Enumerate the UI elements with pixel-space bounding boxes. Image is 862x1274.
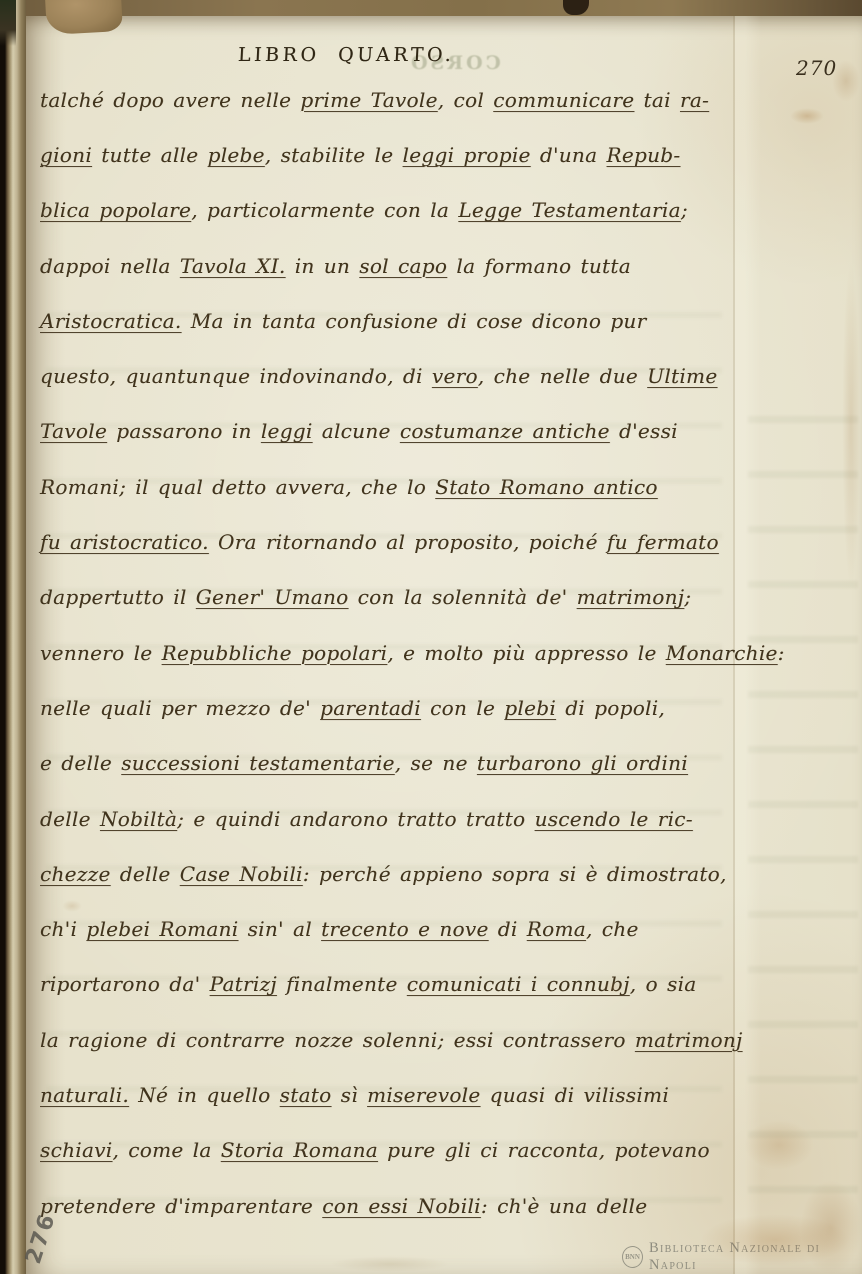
underlined-phrase: schiavi (40, 1138, 112, 1162)
underlined-phrase: leggi (261, 419, 313, 443)
underlined-phrase: miserevole (367, 1083, 480, 1107)
manuscript-line: chezze delle Case Nobili: perché appieno… (40, 846, 740, 901)
text-segment: riportarono da' (40, 972, 210, 996)
text-segment: di popoli, (556, 696, 665, 720)
text-segment: la ragione di contrarre nozze solenni; e… (40, 1028, 635, 1052)
manuscript-line: Tavole passarono in leggi alcune costuma… (40, 404, 740, 459)
underlined-phrase: uscendo le ric- (535, 807, 693, 831)
text-segment: dappoi nella (40, 254, 180, 278)
manuscript-line: gioni tutte alle plebe, stabilite le leg… (40, 127, 740, 182)
underlined-phrase: Roma (527, 917, 586, 941)
foxing-stain (790, 108, 824, 124)
text-segment: tutte alle (92, 143, 208, 167)
text-segment: passarono in (107, 419, 261, 443)
book-top-edge (0, 0, 862, 16)
text-segment: delle (111, 862, 180, 886)
underlined-phrase: communicare (493, 88, 634, 112)
manuscript-line: vennero le Repubbliche popolari, e molto… (40, 625, 740, 680)
underlined-phrase: blica popolare (40, 198, 191, 222)
underlined-phrase: Storia Romana (221, 1138, 378, 1162)
underlined-phrase: stato (280, 1083, 332, 1107)
text-segment: vennero le (40, 641, 162, 665)
underlined-phrase: Nobiltà (100, 807, 177, 831)
text-segment: Né in quello (129, 1083, 280, 1107)
underlined-phrase: Patrizj (210, 972, 277, 996)
underlined-phrase: Monarchie (666, 641, 778, 665)
text-segment: nelle quali per mezzo de' (40, 696, 320, 720)
underlined-phrase: comunicati i connubj (407, 972, 630, 996)
text-segment: sì (331, 1083, 367, 1107)
text-segment: ch'i (40, 917, 86, 941)
underlined-phrase: Stato Romano antico (435, 475, 658, 499)
binding-corner-shadow (0, 0, 16, 46)
text-segment: , che nelle due (478, 364, 647, 388)
manuscript-line: Aristocratica. Ma in tanta confusione di… (40, 293, 740, 348)
text-segment: delle (40, 807, 100, 831)
text-segment: tai (634, 88, 680, 112)
underlined-phrase: Tavole (40, 419, 107, 443)
text-segment: alcune (313, 419, 400, 443)
text-segment: Ora ritornando al proposito, poiché (209, 530, 607, 554)
manuscript-line: pretendere d'imparentare con essi Nobili… (40, 1178, 740, 1233)
text-segment: d'essi (610, 419, 678, 443)
underlined-phrase: fu fermato (607, 530, 719, 554)
manuscript-line: ch'i plebei Romani sin' al trecento e no… (40, 901, 740, 956)
manuscript-line: schiavi, come la Storia Romana pure gli … (40, 1123, 740, 1178)
text-segment: pure gli ci racconta, potevano (378, 1138, 710, 1162)
underlined-phrase: turbarono gli ordini (477, 751, 688, 775)
text-segment: dappertutto il (40, 585, 196, 609)
text-segment: ; e quindi andarono tratto tratto (177, 807, 534, 831)
underlined-phrase: costumanze antiche (400, 419, 610, 443)
book-cover-corner (45, 0, 123, 35)
underlined-phrase: sol capo (359, 254, 447, 278)
text-segment: e delle (40, 751, 121, 775)
underlined-phrase: Case Nobili (180, 862, 303, 886)
text-segment: , particolarmente con la (191, 198, 458, 222)
manuscript-line: blica popolare, particolarmente con la L… (40, 183, 740, 238)
underlined-phrase: plebe (208, 143, 265, 167)
underlined-phrase: leggi propie (403, 143, 531, 167)
foxing-stain (330, 1256, 450, 1272)
text-segment: : (778, 641, 785, 665)
underlined-phrase: vero (432, 364, 478, 388)
manuscript-line: Romani; il qual detto avvera, che lo Sta… (40, 459, 740, 514)
manuscript-line: fu aristocratico. Ora ritornando al prop… (40, 514, 740, 569)
text-segment: sin' al (238, 917, 321, 941)
underlined-phrase: parentadi (320, 696, 421, 720)
book-gutter (0, 0, 26, 1274)
manuscript-line: la ragione di contrarre nozze solenni; e… (40, 1012, 740, 1067)
manuscript-line: nelle quali per mezzo de' parentadi con … (40, 680, 740, 735)
text-segment: , e molto più appresso le (387, 641, 665, 665)
underlined-phrase: naturali. (40, 1083, 129, 1107)
manuscript-line: talché dopo avere nelle prime Tavole, co… (40, 72, 740, 127)
text-segment: ; (681, 198, 688, 222)
text-segment: questo, quantunque indovinando, di (40, 364, 432, 388)
text-segment: pretendere d'imparentare (40, 1194, 322, 1218)
text-segment: quasi di vilissimi (481, 1083, 670, 1107)
underlined-phrase: chezze (40, 862, 111, 886)
verso-bleedthrough-margin (748, 386, 858, 1236)
manuscript-line: questo, quantunque indovinando, di vero,… (40, 348, 740, 403)
manuscript-line: e delle successioni testamentarie, se ne… (40, 736, 740, 791)
text-segment: : perché appieno sopra si è dimostrato, (303, 862, 727, 886)
watermark-label: Biblioteca Nazionale di Napoli (649, 1240, 862, 1274)
text-segment: ; (684, 585, 691, 609)
text-segment: talché dopo avere nelle (40, 88, 300, 112)
underlined-phrase: plebei Romani (86, 917, 238, 941)
underlined-phrase: Repubbliche popolari (162, 641, 388, 665)
text-segment: , col (438, 88, 494, 112)
underlined-phrase: matrimonj (577, 585, 685, 609)
underlined-phrase: Ultime (647, 364, 717, 388)
pencil-folio-number: 276 (18, 1201, 63, 1274)
text-segment: , come la (112, 1138, 220, 1162)
page-number: 270 (796, 56, 837, 80)
text-segment: di (489, 917, 527, 941)
underlined-phrase: Tavola XI. (180, 254, 286, 278)
manuscript-line: dappertutto il Gener' Umano con la solen… (40, 570, 740, 625)
text-segment: con le (421, 696, 504, 720)
library-watermark: BNN Biblioteca Nazionale di Napoli (622, 1240, 862, 1274)
manuscript-line: naturali. Né in quello stato sì miserevo… (40, 1067, 740, 1122)
underlined-phrase: Aristocratica. (40, 309, 182, 333)
text-segment: : ch'è una delle (481, 1194, 647, 1218)
page-title: LIBRO QUARTO. (237, 44, 455, 66)
text-segment: Romani; il qual detto avvera, che lo (40, 475, 435, 499)
manuscript-page: CORSO LIBRO QUARTO. 270 talché dopo aver… (26, 16, 862, 1274)
text-segment: , stabilite le (265, 143, 403, 167)
underlined-phrase: trecento e nove (321, 917, 489, 941)
underlined-phrase: gioni (40, 143, 92, 167)
text-segment: , che (586, 917, 639, 941)
foxing-stain (842, 260, 860, 590)
manuscript-text: talché dopo avere nelle prime Tavole, co… (40, 72, 740, 1233)
manuscript-line: delle Nobiltà; e quindi andarono tratto … (40, 791, 740, 846)
text-segment: la formano tutta (447, 254, 631, 278)
underlined-phrase: plebi (504, 696, 556, 720)
text-segment: finalmente (277, 972, 407, 996)
text-segment: d'una (531, 143, 607, 167)
underlined-phrase: Legge Testamentaria (458, 198, 681, 222)
underlined-phrase: fu aristocratico. (40, 530, 209, 554)
underlined-phrase: Gener' Umano (196, 585, 349, 609)
text-segment: , o sia (630, 972, 697, 996)
bnn-monogram-icon: BNN (622, 1246, 643, 1268)
underlined-phrase: prime Tavole (300, 88, 437, 112)
underlined-phrase: ra- (680, 88, 709, 112)
text-segment: in un (286, 254, 360, 278)
text-segment: Ma in tanta confusione di cose dicono pu… (182, 309, 647, 333)
manuscript-line: dappoi nella Tavola XI. in un sol capo l… (40, 238, 740, 293)
underlined-phrase: con essi Nobili (322, 1194, 481, 1218)
text-segment: con la solennità de' (349, 585, 577, 609)
underlined-phrase: successioni testamentarie (121, 751, 395, 775)
manuscript-line: riportarono da' Patrizj finalmente comun… (40, 957, 740, 1012)
underlined-phrase: matrimonj (635, 1028, 743, 1052)
text-segment: , se ne (395, 751, 477, 775)
underlined-phrase: Repub- (607, 143, 681, 167)
